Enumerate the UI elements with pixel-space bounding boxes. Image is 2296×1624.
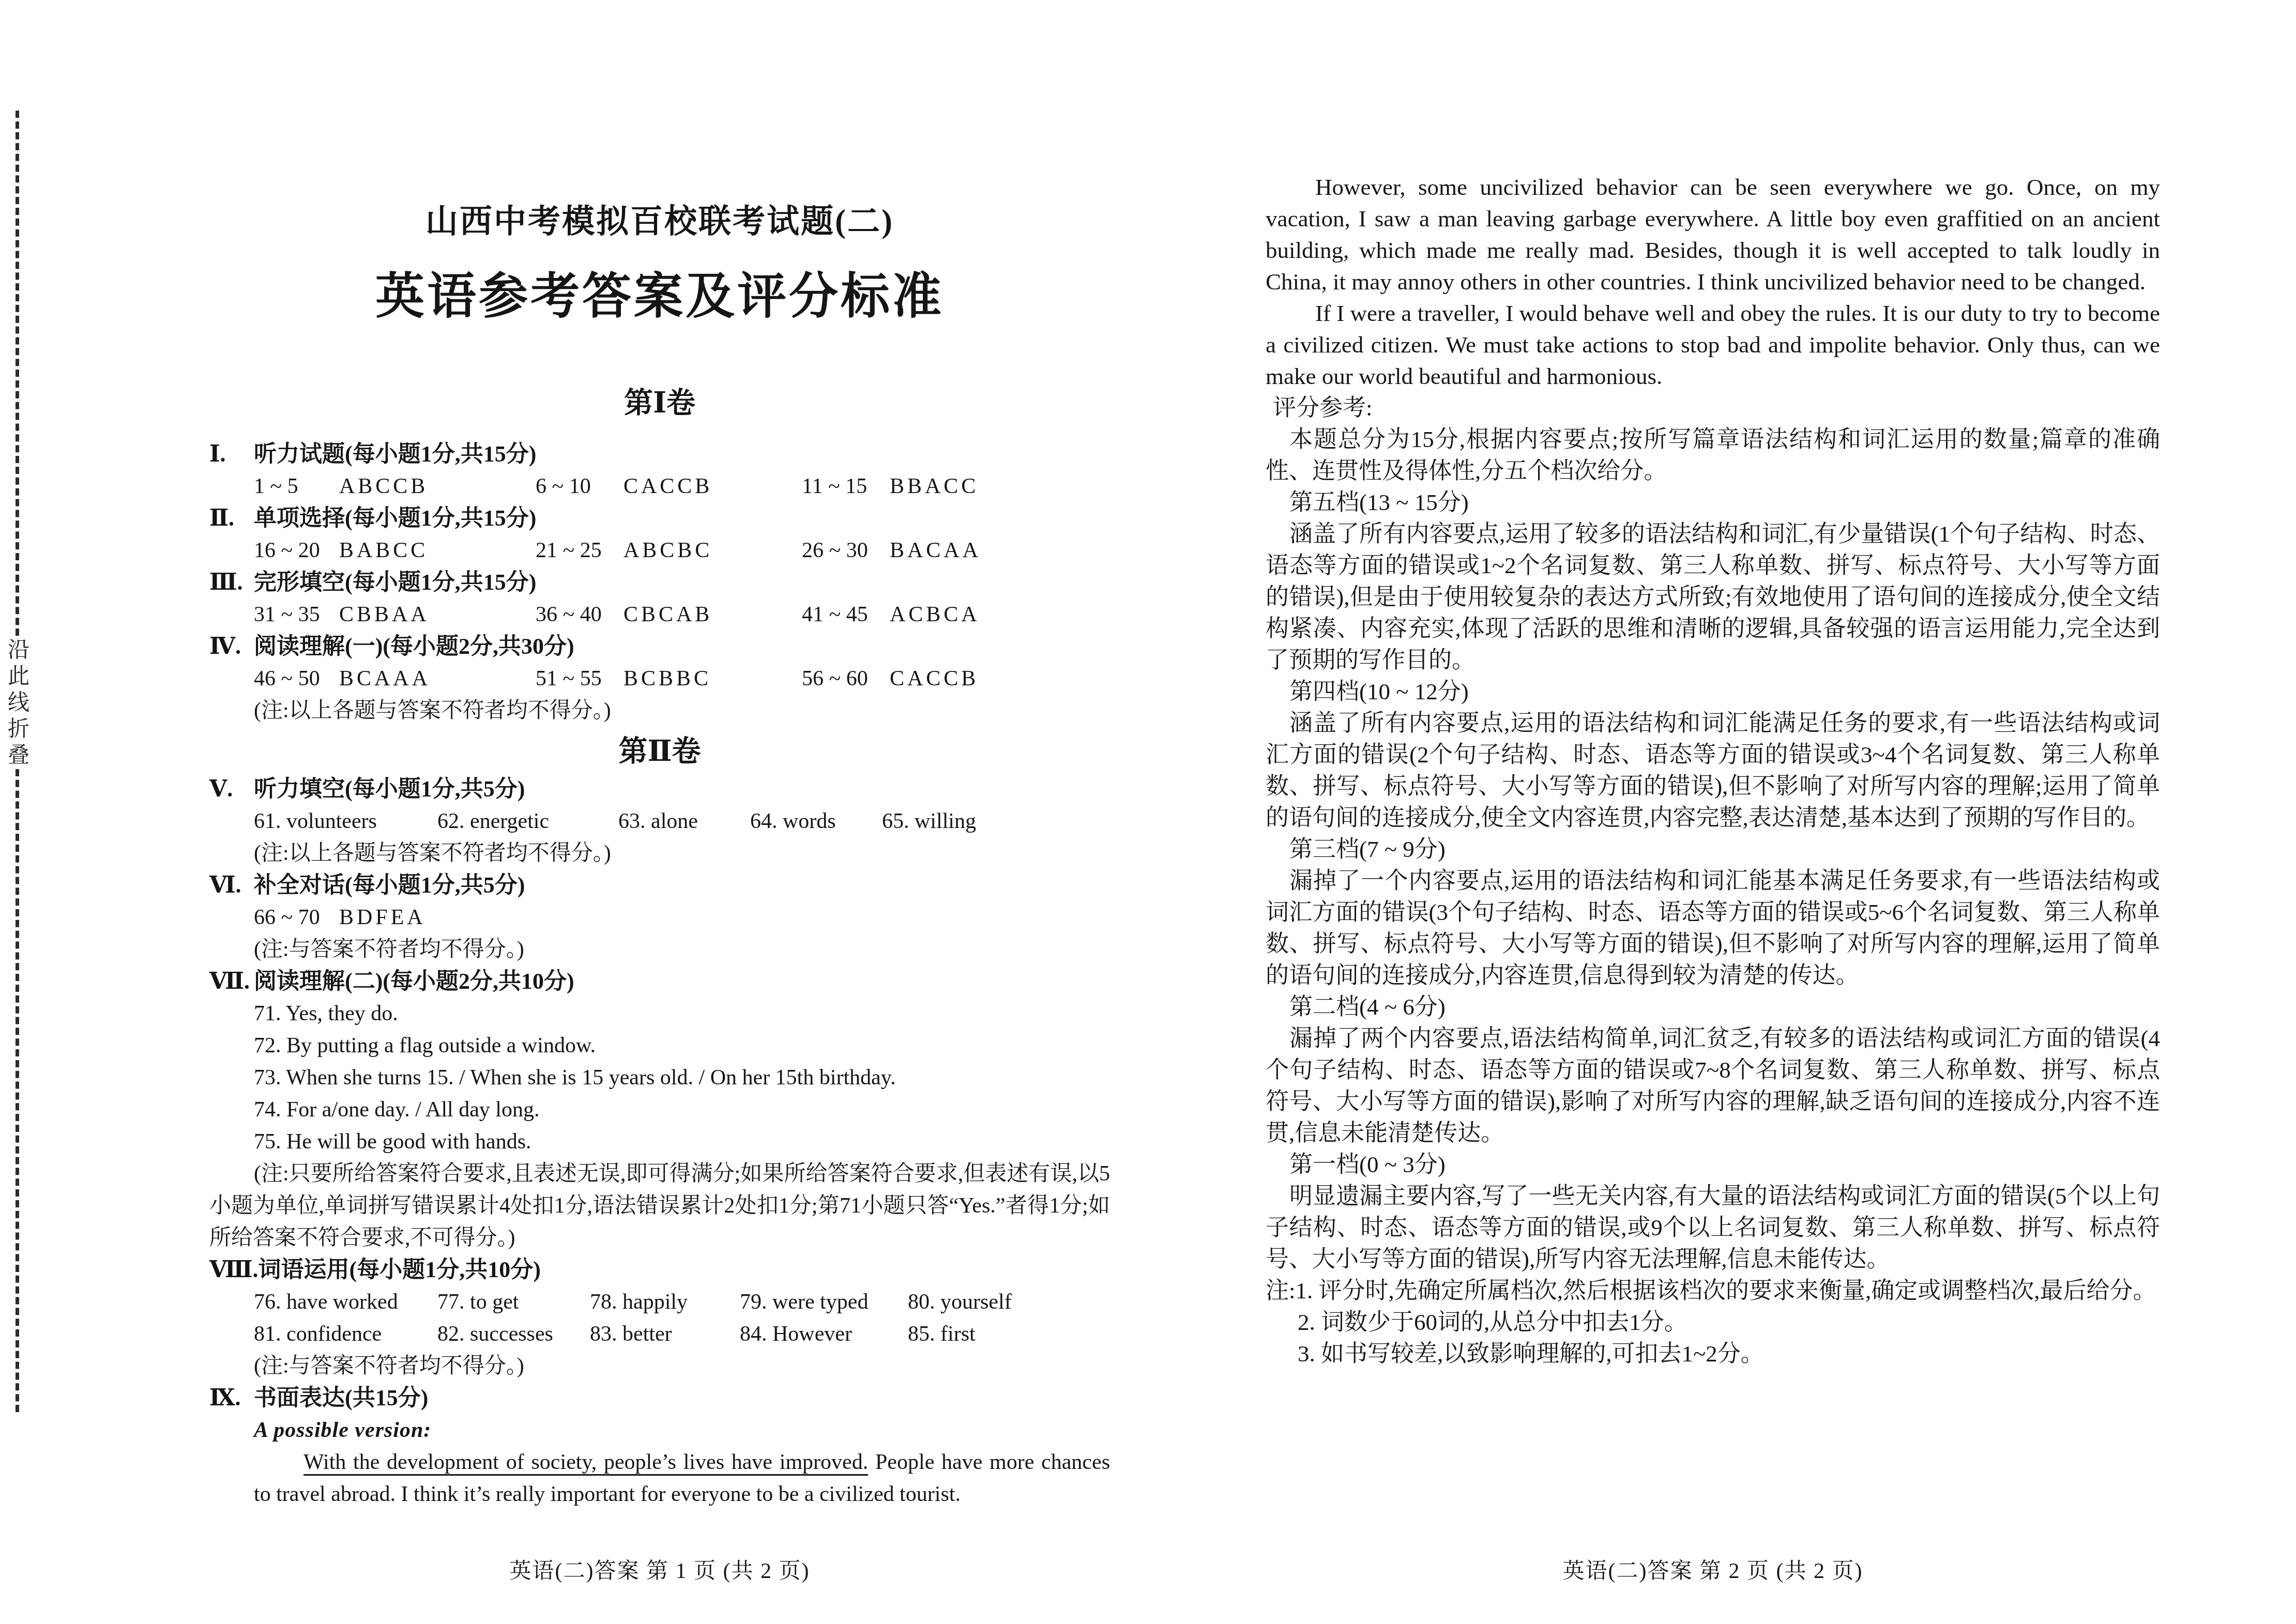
answer-letters: CACCB (624, 470, 802, 502)
part-2-heading: 第Ⅱ卷 (209, 735, 1110, 768)
answer-item: 77. to get (437, 1286, 590, 1318)
possible-version-label: A possible version: (254, 1414, 1110, 1446)
answer-item: 85. first (908, 1318, 976, 1350)
section-9-title: 书面表达(共15分) (254, 1382, 428, 1414)
section-4-title: 阅读理解(一)(每小题2分,共30分) (254, 631, 574, 663)
band-3-description: 漏掉了一个内容要点,运用的语法结构和词汇能基本满足任务要求,有一些语法结构或词汇… (1266, 865, 2160, 991)
answer-key-title: 英语参考答案及评分标准 (209, 268, 1110, 326)
section-8-numeral: Ⅷ. (209, 1254, 259, 1286)
answer-range: 46 ~ 50 (254, 663, 339, 695)
section-5-numeral: Ⅴ. (209, 773, 254, 805)
section-3-numeral: Ⅲ. (209, 566, 254, 599)
section-5-title: 听力填空(每小题1分,共5分) (254, 773, 525, 805)
band-1-description: 明显遗漏主要内容,写了一些无关内容,有大量的语法结构或词汇方面的错误(5个以上句… (1266, 1181, 2160, 1275)
answer-item: 75. He will be good with hands. (254, 1126, 1110, 1158)
answer-letters: CBCAB (624, 599, 802, 631)
answer-item: 61. volunteers (254, 805, 437, 837)
answer-item: 65. willing (882, 805, 976, 837)
answer-item: 81. confidence (254, 1318, 437, 1350)
section-7-heading: Ⅶ. 阅读理解(二)(每小题2分,共10分) (209, 966, 1110, 998)
answer-item: 83. better (590, 1318, 740, 1350)
section-4-numeral: Ⅳ. (209, 631, 254, 663)
answer-range: 56 ~ 60 (802, 663, 890, 695)
answer-item: 80. yourself (908, 1286, 1012, 1318)
exam-paper-title: 山西中考模拟百校联考试题(二) (209, 201, 1110, 242)
section-6-title: 补全对话(每小题1分,共5分) (254, 869, 525, 901)
fold-label-char: 线 (6, 692, 32, 715)
page-2-footer: 英语(二)答案 第 2 页 (共 2 页) (1266, 1557, 2160, 1586)
section-2-heading: Ⅱ. 单项选择(每小题1分,共15分) (209, 502, 1110, 534)
scoring-reference-title: 评分参考: (1266, 392, 2160, 424)
band-1-heading: 第一档(0 ~ 3分) (1266, 1149, 2160, 1181)
section-3-heading: Ⅲ. 完形填空(每小题1分,共15分) (209, 566, 1110, 599)
section-1-numeral: Ⅰ. (209, 438, 254, 470)
answer-letters: CACCB (890, 663, 979, 695)
fold-label: 沿 此 线 折 叠 (6, 639, 32, 768)
section-4-answers: 46 ~ 50 BCAAA 51 ~ 55 BCBBC 56 ~ 60 CACC… (254, 663, 1110, 695)
section-6-numeral: Ⅵ. (209, 869, 254, 901)
answer-range: 41 ~ 45 (802, 599, 890, 631)
band-2-heading: 第二档(4 ~ 6分) (1266, 991, 2160, 1023)
section-4-heading: Ⅳ. 阅读理解(一)(每小题2分,共30分) (209, 631, 1110, 663)
answer-item: 78. happily (590, 1286, 740, 1318)
section-5-heading: Ⅴ. 听力填空(每小题1分,共5分) (209, 773, 1110, 805)
grading-note: (注:只要所给答案符合要求,且表述无误,即可得满分;如果所给答案符合要求,但表述… (209, 1158, 1110, 1254)
section-8-heading: Ⅷ. 词语运用(每小题1分,共10分) (209, 1254, 1110, 1286)
part-1-heading: 第Ⅰ卷 (209, 387, 1110, 420)
section-9-numeral: Ⅸ. (209, 1382, 254, 1414)
scoring-intro: 本题总分为15分,根据内容要点;按所写篇章语法结构和词汇运用的数量;篇章的准确性… (1266, 424, 2160, 487)
band-4-heading: 第四档(10 ~ 12分) (1266, 676, 2160, 708)
section-1-title: 听力试题(每小题1分,共15分) (254, 438, 536, 470)
section-8-title: 词语运用(每小题1分,共10分) (259, 1254, 541, 1286)
band-5-heading: 第五档(13 ~ 15分) (1266, 487, 2160, 518)
answer-letters: BCAAA (339, 663, 536, 695)
answer-range: 1 ~ 5 (254, 470, 339, 502)
answer-range: 66 ~ 70 (254, 901, 339, 933)
section-8-answers-row2: 81. confidence 82. successes 83. better … (254, 1318, 1110, 1350)
answer-range: 6 ~ 10 (536, 470, 624, 502)
answer-range: 31 ~ 35 (254, 599, 339, 631)
answer-item: 79. were typed (740, 1286, 908, 1318)
section-2-answers: 16 ~ 20 BABCC 21 ~ 25 ABCBC 26 ~ 30 BACA… (254, 534, 1110, 566)
band-5-description: 涵盖了所有内容要点,运用了较多的语法结构和词汇,有少量错误(1个句子结构、时态、… (1266, 518, 2160, 676)
grading-note: (注:以上各题与答案不符者均不得分。) (254, 837, 1110, 869)
fold-dashed-line-bottom (16, 769, 19, 1412)
scoring-note-2: 2. 词数少于60词的,从总分中扣去1分。 (1298, 1307, 2160, 1338)
section-3-title: 完形填空(每小题1分,共15分) (254, 566, 536, 599)
scanned-answer-key-sheet: 沿 此 线 折 叠 山西中考模拟百校联考试题(二) 英语参考答案及评分标准 第Ⅰ… (0, 0, 2296, 1624)
answer-item: 64. words (750, 805, 882, 837)
answer-item: 82. successes (437, 1318, 590, 1350)
essay-paragraph: If I were a traveller, I would behave we… (1266, 298, 2160, 392)
answer-item: 74. For a/one day. / All day long. (254, 1094, 1110, 1126)
section-8-answers-row1: 76. have worked 77. to get 78. happily 7… (254, 1286, 1110, 1318)
answer-range: 21 ~ 25 (536, 534, 624, 566)
section-1-heading: Ⅰ. 听力试题(每小题1分,共15分) (209, 438, 1110, 470)
section-5-answers: 61. volunteers 62. energetic 63. alone 6… (254, 805, 1110, 837)
answer-letters: ABCBC (624, 534, 802, 566)
fold-dashed-line-top (16, 111, 19, 636)
answer-range: 16 ~ 20 (254, 534, 339, 566)
section-6-answers: 66 ~ 70 BDFEA (254, 901, 1110, 933)
fold-label-char: 叠 (6, 744, 32, 768)
band-2-description: 漏掉了两个内容要点,语法结构简单,词汇贫乏,有较多的语法结构或词汇方面的错误(4… (1266, 1023, 2160, 1149)
band-4-description: 涵盖了所有内容要点,运用的语法结构和词汇能满足任务的要求,有一些语法结构或词汇方… (1266, 708, 2160, 834)
answer-range: 26 ~ 30 (802, 534, 890, 566)
page-1-footer: 英语(二)答案 第 1 页 (共 2 页) (209, 1557, 1110, 1586)
fold-label-char: 此 (6, 665, 32, 688)
section-6-heading: Ⅵ. 补全对话(每小题1分,共5分) (209, 869, 1110, 901)
grading-note: (注:与答案不符者均不得分。) (254, 1350, 1110, 1382)
answer-item: 71. Yes, they do. (254, 998, 1110, 1030)
answer-letters: BABCC (339, 534, 536, 566)
answer-letters: BDFEA (339, 901, 426, 933)
answer-item: 73. When she turns 15. / When she is 15 … (254, 1062, 1110, 1094)
page-1: 山西中考模拟百校联考试题(二) 英语参考答案及评分标准 第Ⅰ卷 Ⅰ. 听力试题(… (209, 201, 1110, 1510)
page-2: However, some uncivilized behavior can b… (1266, 172, 2160, 1370)
scoring-note-3: 3. 如书写较差,以致影响理解的,可扣去1~2分。 (1298, 1338, 2160, 1370)
answer-range: 11 ~ 15 (802, 470, 890, 502)
essay-underlined-sentence: With the development of society, people’… (303, 1450, 868, 1474)
answer-letters: ABCCB (339, 470, 536, 502)
section-7-numeral: Ⅶ. (209, 966, 254, 998)
section-7-title: 阅读理解(二)(每小题2分,共10分) (254, 966, 574, 998)
answer-range: 51 ~ 55 (536, 663, 624, 695)
section-1-answers: 1 ~ 5 ABCCB 6 ~ 10 CACCB 11 ~ 15 BBACC (254, 470, 1110, 502)
answer-item: 72. By putting a flag outside a window. (254, 1030, 1110, 1062)
answer-item: 62. energetic (437, 805, 618, 837)
answer-letters: ACBCA (890, 599, 980, 631)
answer-letters: CBBAA (339, 599, 536, 631)
section-9-heading: Ⅸ. 书面表达(共15分) (209, 1382, 1110, 1414)
grading-note: (注:与答案不符者均不得分。) (254, 933, 1110, 966)
band-3-heading: 第三档(7 ~ 9分) (1266, 834, 2160, 865)
section-2-title: 单项选择(每小题1分,共15分) (254, 502, 536, 534)
answer-range: 36 ~ 40 (536, 599, 624, 631)
answer-item: 84. However (740, 1318, 908, 1350)
section-2-numeral: Ⅱ. (209, 502, 254, 534)
answer-item: 63. alone (618, 805, 750, 837)
model-essay: With the development of society, people’… (254, 1446, 1110, 1510)
answer-letters: BCBBC (624, 663, 802, 695)
fold-label-char: 沿 (6, 639, 32, 662)
answer-letters: BBACC (890, 470, 979, 502)
answer-item: 76. have worked (254, 1286, 437, 1318)
section-3-answers: 31 ~ 35 CBBAA 36 ~ 40 CBCAB 41 ~ 45 ACBC… (254, 599, 1110, 631)
scoring-note-1: 注:1. 评分时,先确定所属档次,然后根据该档次的要求来衡量,确定或调整档次,最… (1266, 1275, 2160, 1307)
grading-note: (注:以上各题与答案不符者均不得分。) (254, 695, 1110, 727)
answer-letters: BACAA (890, 534, 981, 566)
fold-label-char: 折 (6, 718, 32, 741)
essay-paragraph: However, some uncivilized behavior can b… (1266, 172, 2160, 298)
